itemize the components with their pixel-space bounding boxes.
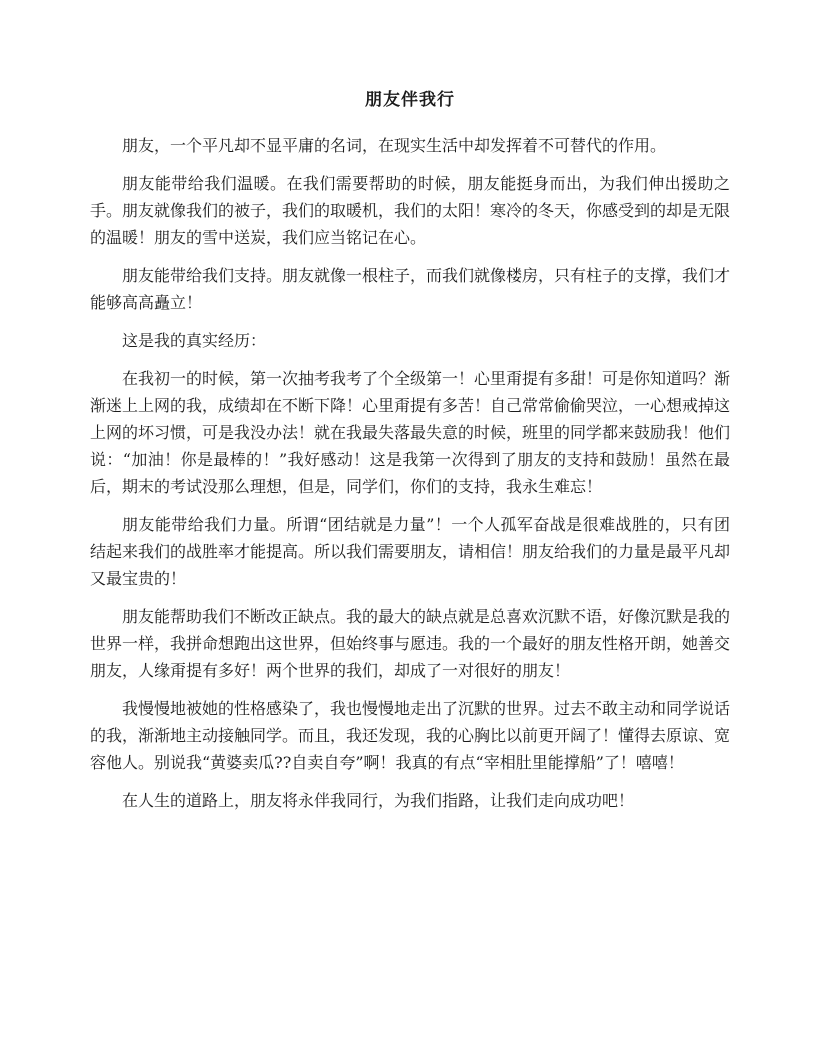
- paragraph-warmth: 朋友能带给我们温暖。在我们需要帮助的时候，朋友能挺身而出，为我们伸出援助之手。朋…: [90, 170, 730, 251]
- document-page: 朋友伴我行 朋友，一个平凡却不显平庸的名词，在现实生活中却发挥着不可替代的作用。…: [0, 0, 816, 1056]
- paragraph-experience-story: 在我初一的时候，第一次抽考我考了个全级第一！心里甭提有多甜！可是你知道吗？渐渐迷…: [90, 365, 730, 500]
- paragraph-conclusion: 在人生的道路上，朋友将永伴我同行，为我们指路，让我们走向成功吧！: [90, 787, 730, 814]
- paragraph-experience-lead: 这是我的真实经历：: [90, 327, 730, 354]
- paragraph-correct-flaws: 朋友能帮助我们不断改正缺点。我的最大的缺点就是总喜欢沉默不语，好像沉默是我的世界…: [90, 603, 730, 684]
- paragraph-personality-change: 我慢慢地被她的性格感染了，我也慢慢地走出了沉默的世界。过去不敢主动和同学说话的我…: [90, 695, 730, 776]
- document-title: 朋友伴我行: [90, 88, 730, 112]
- paragraph-support: 朋友能带给我们支持。朋友就像一根柱子，而我们就像楼房，只有柱子的支撑，我们才能够…: [90, 262, 730, 316]
- paragraph-intro: 朋友，一个平凡却不显平庸的名词，在现实生活中却发挥着不可替代的作用。: [90, 132, 730, 159]
- paragraph-strength: 朋友能带给我们力量。所谓“团结就是力量”！一个人孤军奋战是很难战胜的，只有团结起…: [90, 511, 730, 592]
